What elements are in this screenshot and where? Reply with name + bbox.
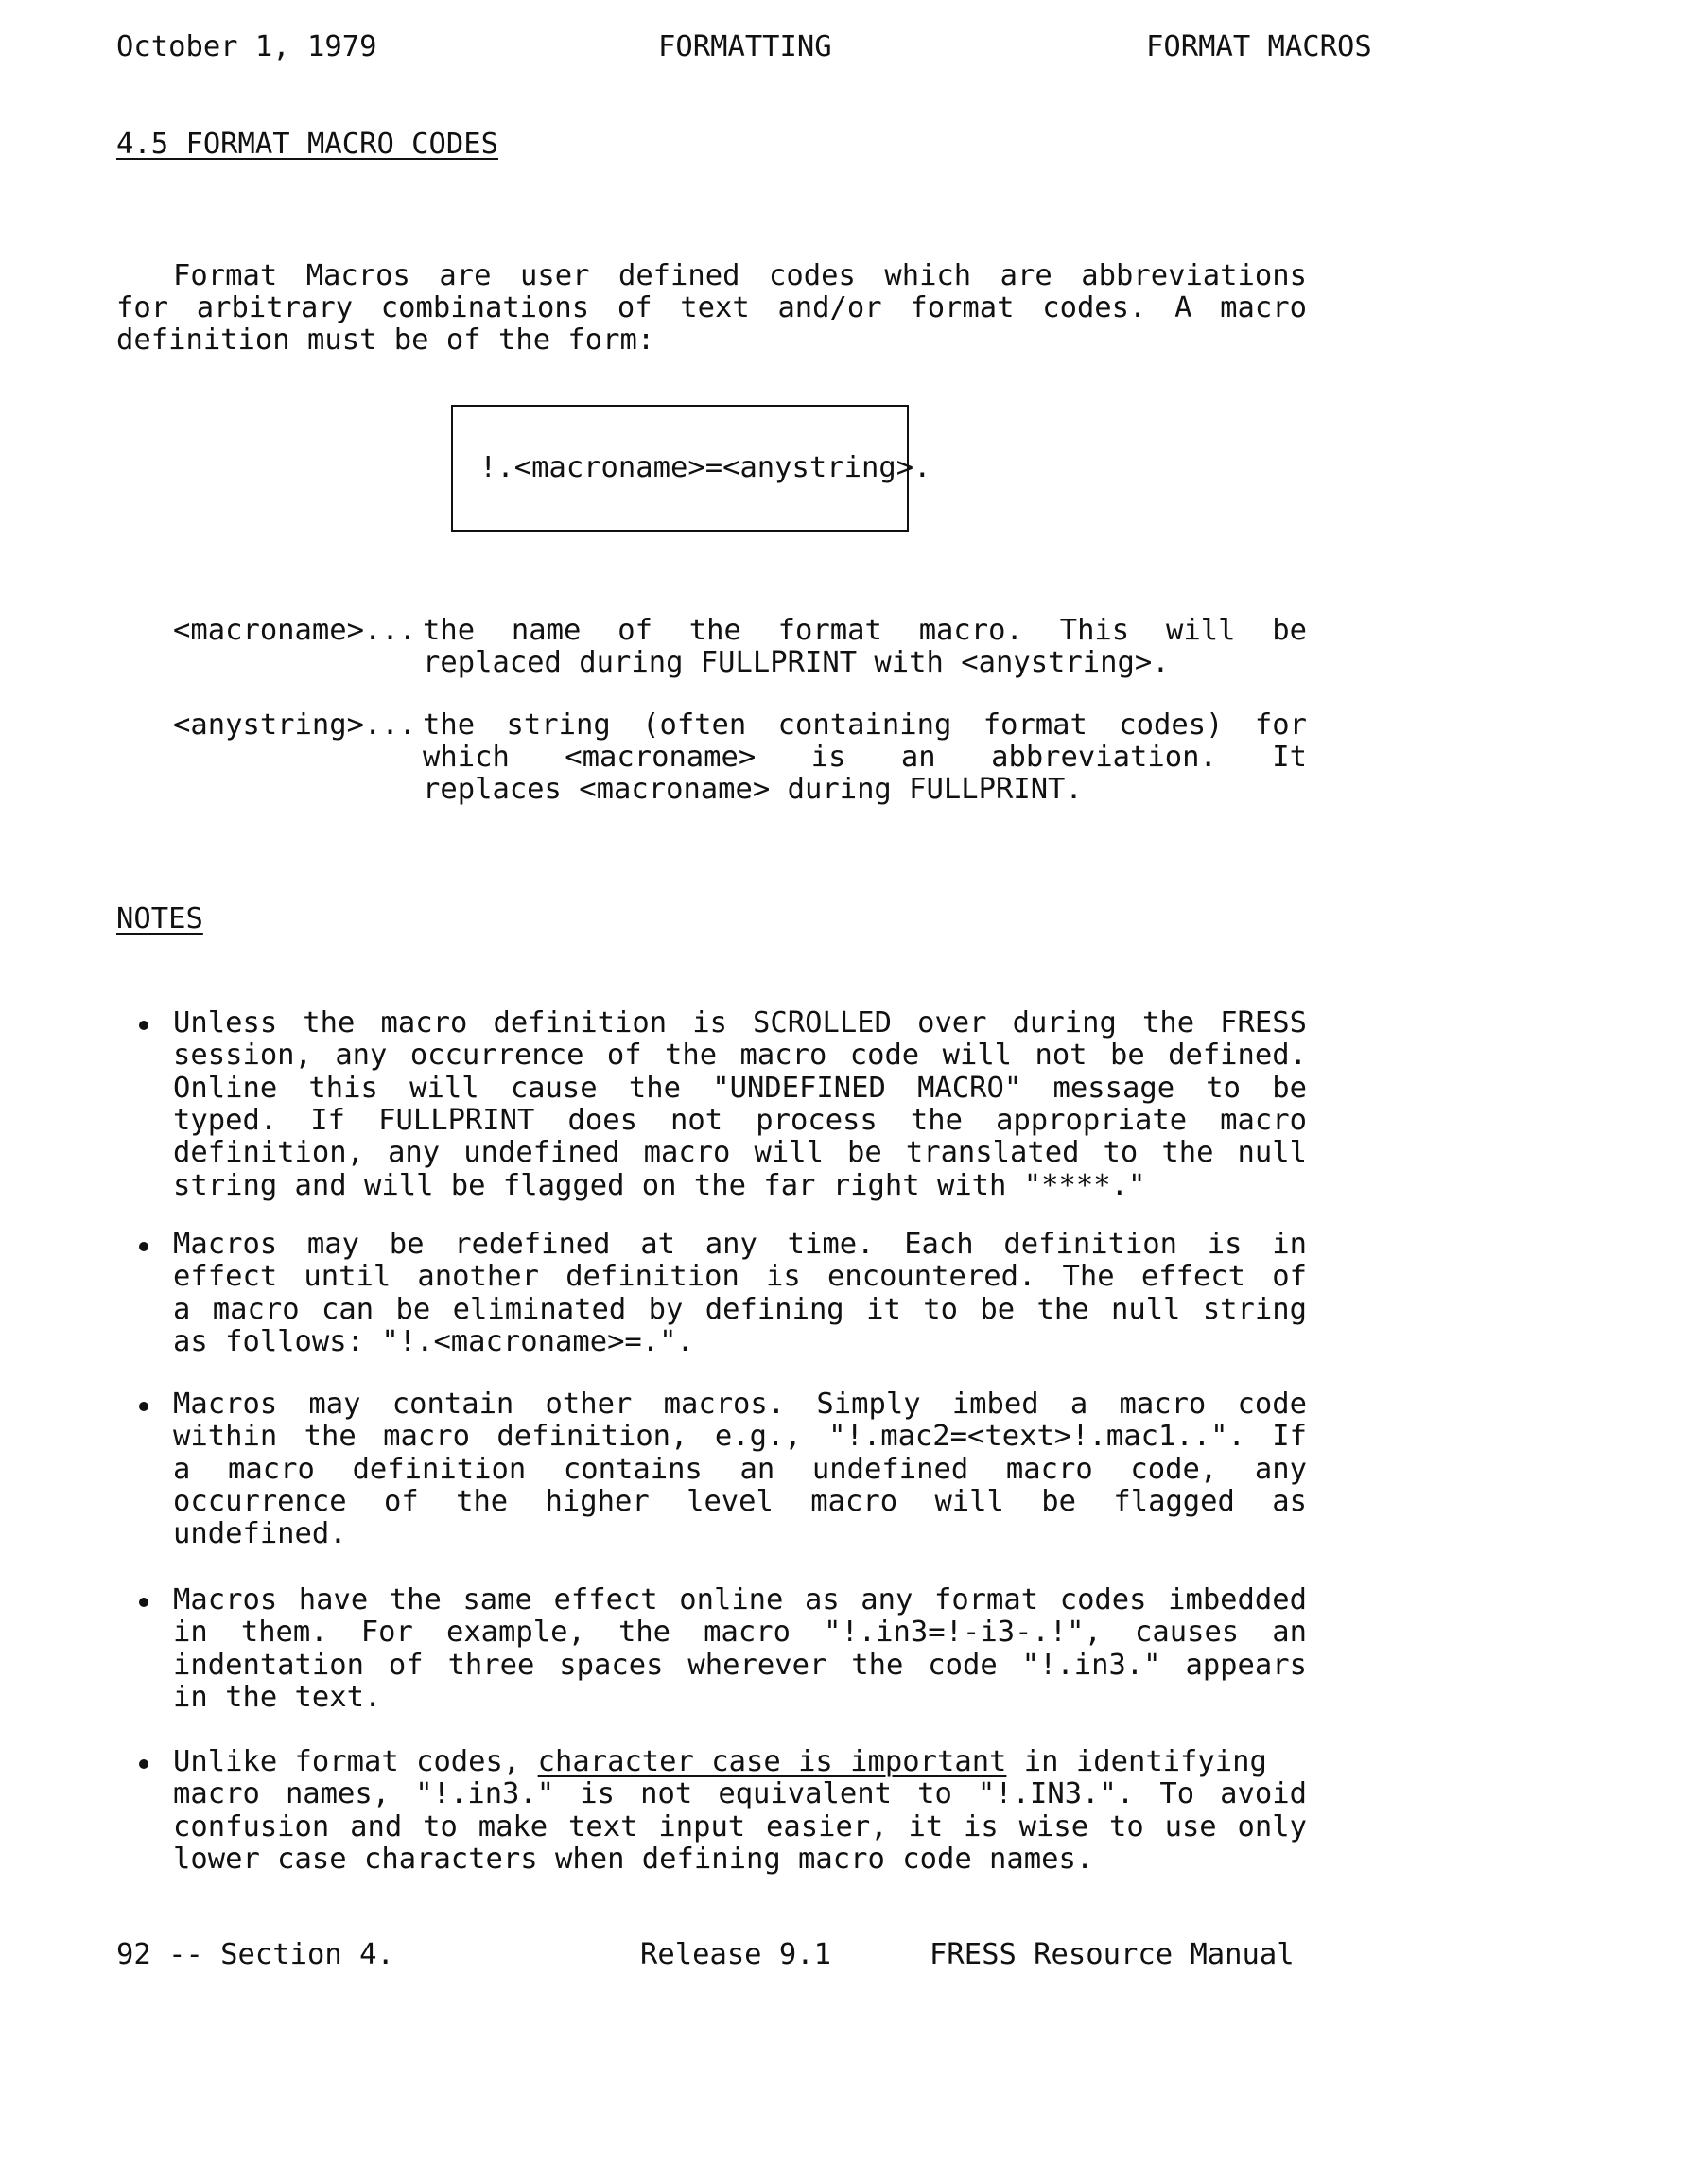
footer-manual: FRESS Resource Manual: [930, 1939, 1295, 1971]
note-5-line-3: confusion and to make text input easier,…: [173, 1811, 1307, 1843]
definition-anystring-line-3: replaces <macroname> during FULLPRINT.: [423, 774, 1083, 806]
note-4-line-3: indentation of three spaces wherever the…: [173, 1650, 1307, 1682]
note-5-line-1: Unlike format codes, character case is i…: [173, 1746, 1267, 1778]
bullet-icon: [139, 1759, 148, 1769]
notes-title: NOTES: [116, 903, 203, 935]
definition-anystring-line-2: which <macroname> is an abbreviation. It: [423, 742, 1307, 774]
section-title: 4.5 FORMAT MACRO CODES: [116, 129, 498, 161]
note-1-line-5: definition, any undefined macro will be …: [173, 1137, 1307, 1169]
note-3-line-2: within the macro definition, e.g., "!.ma…: [173, 1421, 1307, 1453]
bullet-icon: [139, 1242, 148, 1251]
note-1-line-4: typed. If FULLPRINT does not process the…: [173, 1105, 1307, 1137]
note-5-line-1-post: in identifying: [1006, 1745, 1266, 1778]
note-3-line-1: Macros may contain other macros. Simply …: [173, 1389, 1307, 1421]
note-1-line-3: Online this will cause the "UNDEFINED MA…: [173, 1073, 1307, 1105]
header-chapter: FORMATTING: [658, 31, 832, 63]
note-3-line-4: occurrence of the higher level macro wil…: [173, 1486, 1307, 1518]
definition-term-macroname: <macroname>...: [173, 615, 416, 647]
note-1-line-6: string and will be flagged on the far ri…: [173, 1170, 1145, 1202]
bullet-icon: [139, 1021, 148, 1030]
header-date: October 1, 1979: [116, 31, 376, 63]
note-2-line-2: effect until another definition is encou…: [173, 1261, 1307, 1293]
note-5-emphasis: character case is important: [538, 1745, 1007, 1778]
intro-line-3: definition must be of the form:: [116, 324, 654, 357]
definition-anystring-line-1: the string (often containing format code…: [423, 709, 1307, 742]
definition-macroname-line-1: the name of the format macro. This will …: [423, 615, 1307, 647]
definition-macroname-line-2: replaced during FULLPRINT with <anystrin…: [423, 647, 1170, 679]
note-4-line-1: Macros have the same effect online as an…: [173, 1584, 1307, 1616]
note-2-line-1: Macros may be redefined at any time. Eac…: [173, 1229, 1307, 1261]
header-topic: FORMAT MACROS: [1146, 31, 1372, 63]
intro-line-1: Format Macros are user defined codes whi…: [173, 260, 1307, 292]
note-5-line-1-pre: Unlike format codes,: [173, 1745, 538, 1778]
note-1-line-1: Unless the macro definition is SCROLLED …: [173, 1007, 1307, 1040]
note-2-line-3: a macro can be eliminated by defining it…: [173, 1294, 1307, 1326]
note-4-line-4: in the text.: [173, 1682, 381, 1714]
footer-release: Release 9.1: [640, 1939, 831, 1971]
syntax-text: !.<macroname>=<anystring>.: [479, 452, 930, 484]
intro-line-2: for arbitrary combinations of text and/o…: [116, 292, 1307, 324]
bullet-icon: [139, 1598, 148, 1607]
note-3-line-5: undefined.: [173, 1518, 347, 1550]
note-1-line-2: session, any occurrence of the macro cod…: [173, 1040, 1307, 1072]
note-3-line-3: a macro definition contains an undefined…: [173, 1454, 1307, 1486]
note-2-line-4: as follows: "!.<macroname>=.".: [173, 1326, 694, 1358]
definition-term-anystring: <anystring>...: [173, 709, 416, 742]
note-5-line-2: macro names, "!.in3." is not equivalent …: [173, 1778, 1307, 1810]
bullet-icon: [139, 1402, 148, 1411]
note-5-line-4: lower case characters when defining macr…: [173, 1843, 1093, 1876]
note-4-line-2: in them. For example, the macro "!.in3=!…: [173, 1616, 1307, 1649]
footer-page: 92 -- Section 4.: [116, 1939, 394, 1971]
